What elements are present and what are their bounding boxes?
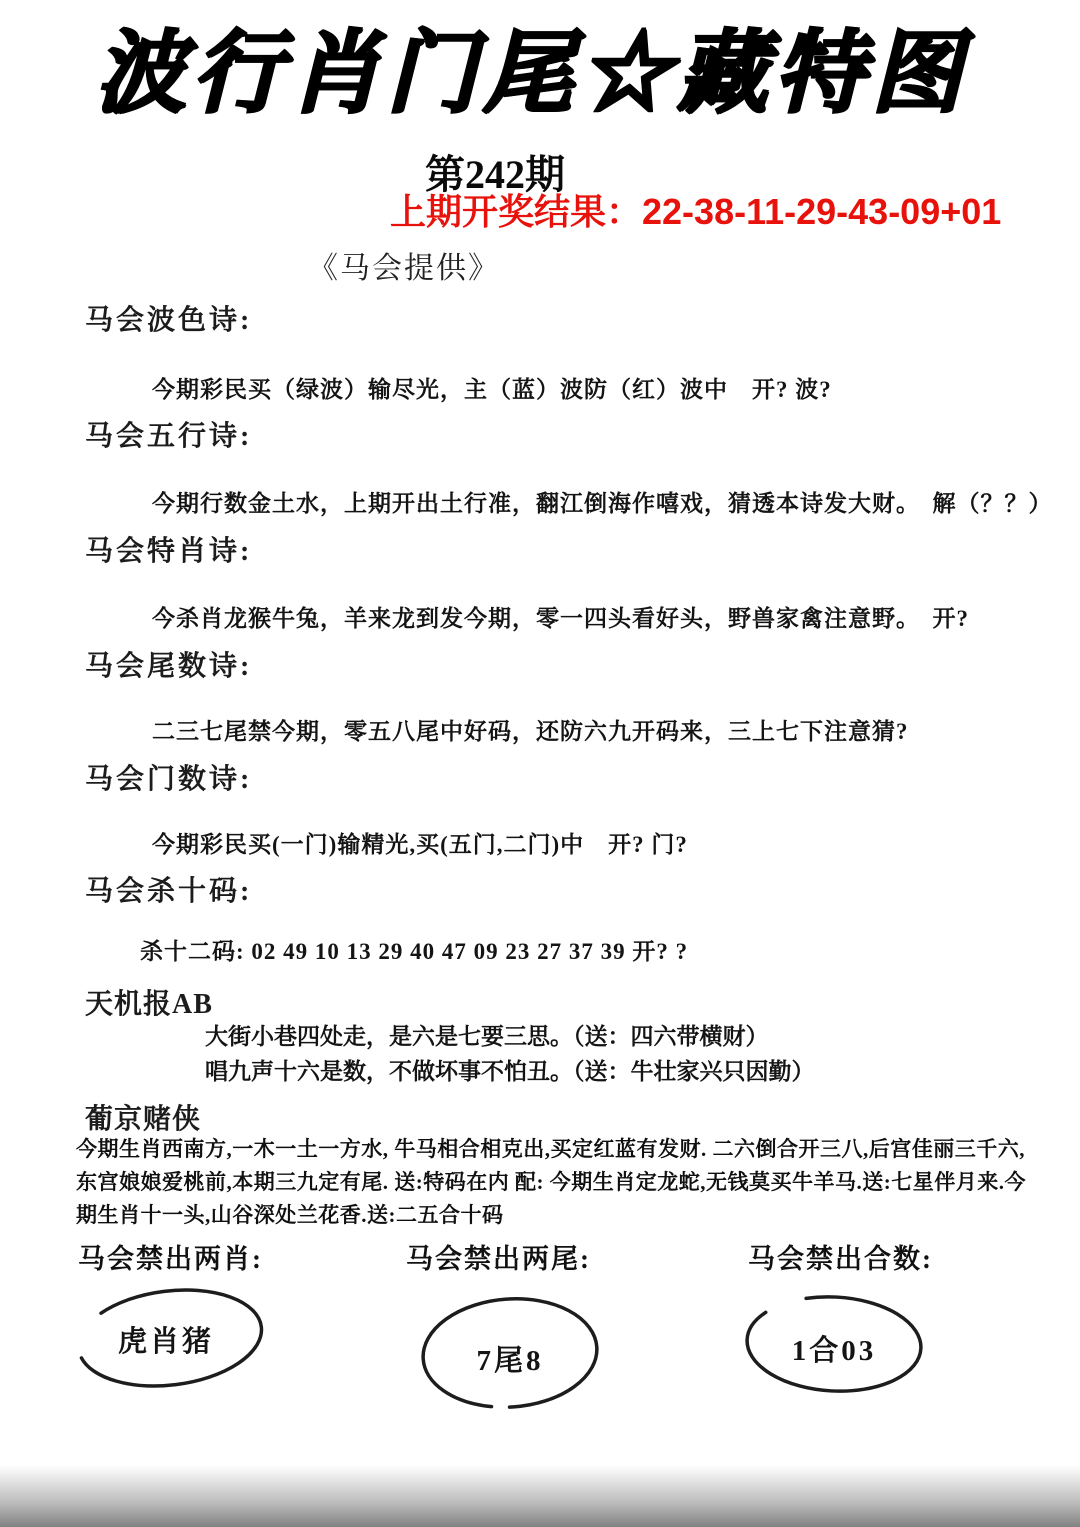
section-heading-wuxing: 马会五行诗:	[85, 414, 252, 454]
killed-codes-line: 杀十二码: 02 49 10 13 29 40 47 09 23 27 37 3…	[140, 933, 688, 966]
ban-value-tail: 7尾8	[418, 1338, 602, 1379]
ban-value-sum: 1合03	[742, 1328, 926, 1369]
provider-line: 《马会提供》	[308, 243, 500, 287]
ban-heading-sum: 马会禁出合数:	[748, 1237, 933, 1276]
last-draw-numbers: 22-38-11-29-43-09+01	[642, 191, 1001, 232]
ban-value-zodiac: 虎肖猪	[64, 1319, 268, 1360]
section-heading-shashima: 马会杀十码:	[85, 869, 252, 909]
tip-sheet-page: 波行肖门尾☆藏特图 第242期 上期开奖结果：22-38-11-29-43-09…	[0, 0, 1080, 1527]
tianji-line-2: 唱九声十六是数，不做坏事不怕丑。（送：牛壮家兴只因勤）	[205, 1053, 815, 1086]
section-heading-pujing: 葡京赌侠	[85, 1097, 201, 1137]
pujing-line-1: 今期生肖西南方,一木一土一方水, 牛马相合相克出,买定红蓝有发财. 二六倒合开三…	[76, 1133, 1025, 1163]
poem-wuxing: 今期行数金土水，上期开出土行准，翻江倒海作嘻戏，猜透本诗发大财。 解（？？）	[152, 485, 1053, 518]
tianji-line-1: 大街小巷四处走，是六是七要三思。（送：四六带横财）	[205, 1018, 769, 1051]
ban-circle-zodiac: 虎肖猪	[72, 1286, 268, 1390]
pujing-line-2: 东宫娘娘爱桃前,本期三九定有尾. 送:特码在内 配: 今期生肖定龙蛇,无钱莫买牛…	[76, 1166, 1026, 1196]
pujing-line-3: 期生肖十一头,山谷深处兰花香.送:二五合十码	[76, 1199, 504, 1229]
last-draw-result: 上期开奖结果：22-38-11-29-43-09+01	[390, 184, 1001, 235]
poem-bose: 今期彩民买（绿波）输尽光，主（蓝）波防（红）波中 开? 波?	[152, 371, 832, 404]
scan-bottom-shadow	[0, 1465, 1080, 1527]
section-heading-menshu: 马会门数诗:	[85, 757, 252, 797]
ban-circle-tail: 7尾8	[418, 1294, 602, 1412]
masthead-title: 波行肖门尾☆藏特图	[95, 18, 985, 131]
poem-weishu: 二三七尾禁今期，零五八尾中好码，还防六九开码来，三上七下注意猜?	[152, 713, 909, 746]
section-heading-bose: 马会波色诗:	[85, 298, 252, 338]
ban-heading-zodiac: 马会禁出两肖:	[78, 1237, 263, 1276]
poem-texiao: 今杀肖龙猴牛兔，羊来龙到发今期，零一四头看好头，野兽家禽注意野。 开?	[152, 600, 969, 633]
ban-circle-sum: 1合03	[742, 1292, 926, 1396]
section-heading-weishu: 马会尾数诗:	[85, 644, 252, 684]
poem-menshu: 今期彩民买(一门)输精光,买(五门,二门)中 开? 门?	[152, 826, 688, 859]
section-heading-texiao: 马会特肖诗:	[85, 529, 252, 569]
ban-heading-tail: 马会禁出两尾:	[406, 1237, 591, 1276]
section-heading-tianji: 天机报AB	[85, 982, 213, 1022]
last-draw-label: 上期开奖结果：	[390, 191, 642, 232]
